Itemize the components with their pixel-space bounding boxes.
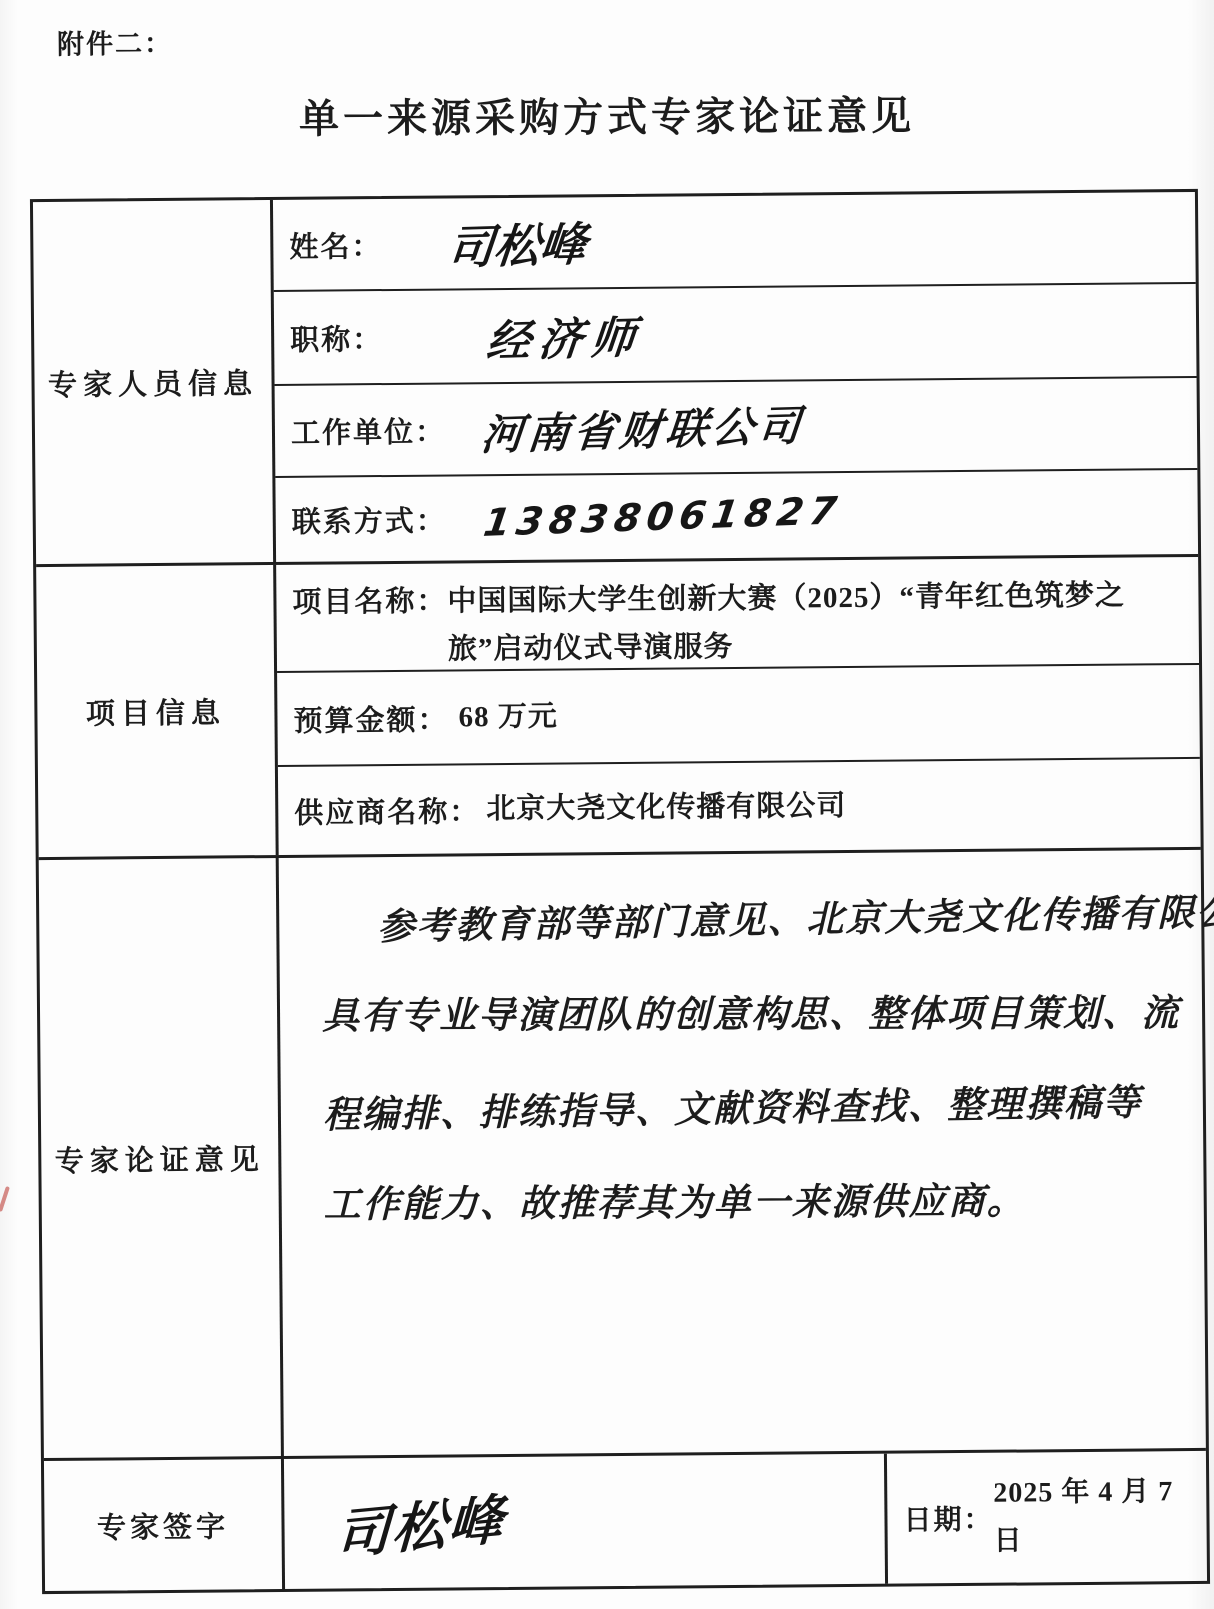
opinion-line: 工作能力、故推荐其为单一来源供应商。 — [323, 1150, 1191, 1249]
attachment-label: 附件二： — [57, 21, 173, 61]
field-supplier-label: 供应商名称： — [294, 789, 480, 832]
opinion-line: 程编排、排练指导、文献资料查找、整理撰稿等 — [322, 1051, 1191, 1159]
expert-handwritten-signature: 司松峰 — [334, 1476, 507, 1569]
scanned-form-page: { "page": { "attachment_label": "附件二：", … — [0, 0, 1214, 1609]
date-cell: 日期： 2025 年 4 月 7 日 — [884, 1451, 1207, 1584]
section-expert-info: 专家人员信息 姓名： 司松峰 职称： 经济师 工作单位： 河南省财联公司 联系方… — [33, 192, 1198, 567]
section-content-signature: 司松峰 日期： 2025 年 4 月 7 日 — [284, 1451, 1207, 1589]
field-budget: 预算金额： 68 万元 — [277, 665, 1200, 767]
field-contact-label: 联系方式： — [292, 498, 447, 540]
section-label-expert-opinion: 专家论证意见 — [39, 858, 284, 1458]
section-signature: 专家签字 司松峰 日期： 2025 年 4 月 7 日 — [44, 1451, 1207, 1591]
date-value: 2025 年 4 月 7 日 — [993, 1468, 1207, 1566]
field-work-unit: 工作单位： 河南省财联公司 — [275, 378, 1198, 478]
field-project-name: 项目名称： 中国国际大学生创新大赛（2025）“青年红色筑梦之旅”启动仪式导演服… — [276, 557, 1199, 673]
red-ink-scan-artifact — [0, 1186, 10, 1212]
field-supplier-value: 北京大尧文化传播有限公司 — [486, 782, 846, 833]
section-expert-opinion: 专家论证意见 参考教育部等部门意见、北京大尧文化传播有限公司 具有专业导演团队的… — [39, 850, 1206, 1461]
form-table: 专家人员信息 姓名： 司松峰 职称： 经济师 工作单位： 河南省财联公司 联系方… — [30, 189, 1210, 1594]
signature-area: 司松峰 — [284, 1454, 885, 1589]
field-budget-value: 68 万元 — [458, 693, 558, 742]
opinion-line: 具有专业导演团队的创意构思、整体项目策划、流 — [322, 962, 1190, 1059]
page-title: 单一来源采购方式专家论证意见 — [0, 83, 1214, 146]
field-contact-handwritten-value: 13838061827 — [481, 488, 846, 545]
section-content-expert-info: 姓名： 司松峰 职称： 经济师 工作单位： 河南省财联公司 联系方式： 1383… — [273, 192, 1198, 562]
section-label-signature: 专家签字 — [44, 1459, 285, 1591]
expert-opinion-handwritten-text: 参考教育部等部门意见、北京大尧文化传播有限公司 具有专业导演团队的创意构思、整体… — [279, 850, 1206, 1456]
field-job-title-handwritten-value: 经济师 — [484, 301, 646, 370]
section-content-project-info: 项目名称： 中国国际大学生创新大赛（2025）“青年红色筑梦之旅”启动仪式导演服… — [276, 557, 1200, 855]
date-label: 日期： — [903, 1498, 993, 1539]
field-supplier: 供应商名称： 北京大尧文化传播有限公司 — [278, 759, 1201, 855]
section-project-info: 项目信息 项目名称： 中国国际大学生创新大赛（2025）“青年红色筑梦之旅”启动… — [36, 557, 1201, 860]
opinion-line: 参考教育部等部门意见、北京大尧文化传播有限公司 — [320, 862, 1190, 971]
field-name-handwritten-value: 司松峰 — [445, 208, 589, 278]
field-project-name-value: 中国国际大学生创新大赛（2025）“青年红色筑梦之旅”启动仪式导演服务 — [447, 571, 1199, 674]
field-name: 姓名： 司松峰 — [273, 192, 1196, 292]
field-work-unit-handwritten-value: 河南省财联公司 — [479, 393, 807, 463]
field-name-label: 姓名： — [289, 224, 382, 266]
field-contact: 联系方式： 13838061827 — [275, 470, 1198, 562]
field-budget-label: 预算金额： — [293, 697, 448, 739]
field-job-title-label: 职称： — [290, 317, 383, 359]
field-work-unit-label: 工作单位： — [291, 409, 446, 451]
section-label-project-info: 项目信息 — [36, 565, 279, 857]
field-job-title: 职称： 经济师 — [274, 284, 1197, 386]
section-label-expert-info: 专家人员信息 — [33, 200, 276, 564]
field-project-name-label: 项目名称： — [292, 577, 447, 626]
